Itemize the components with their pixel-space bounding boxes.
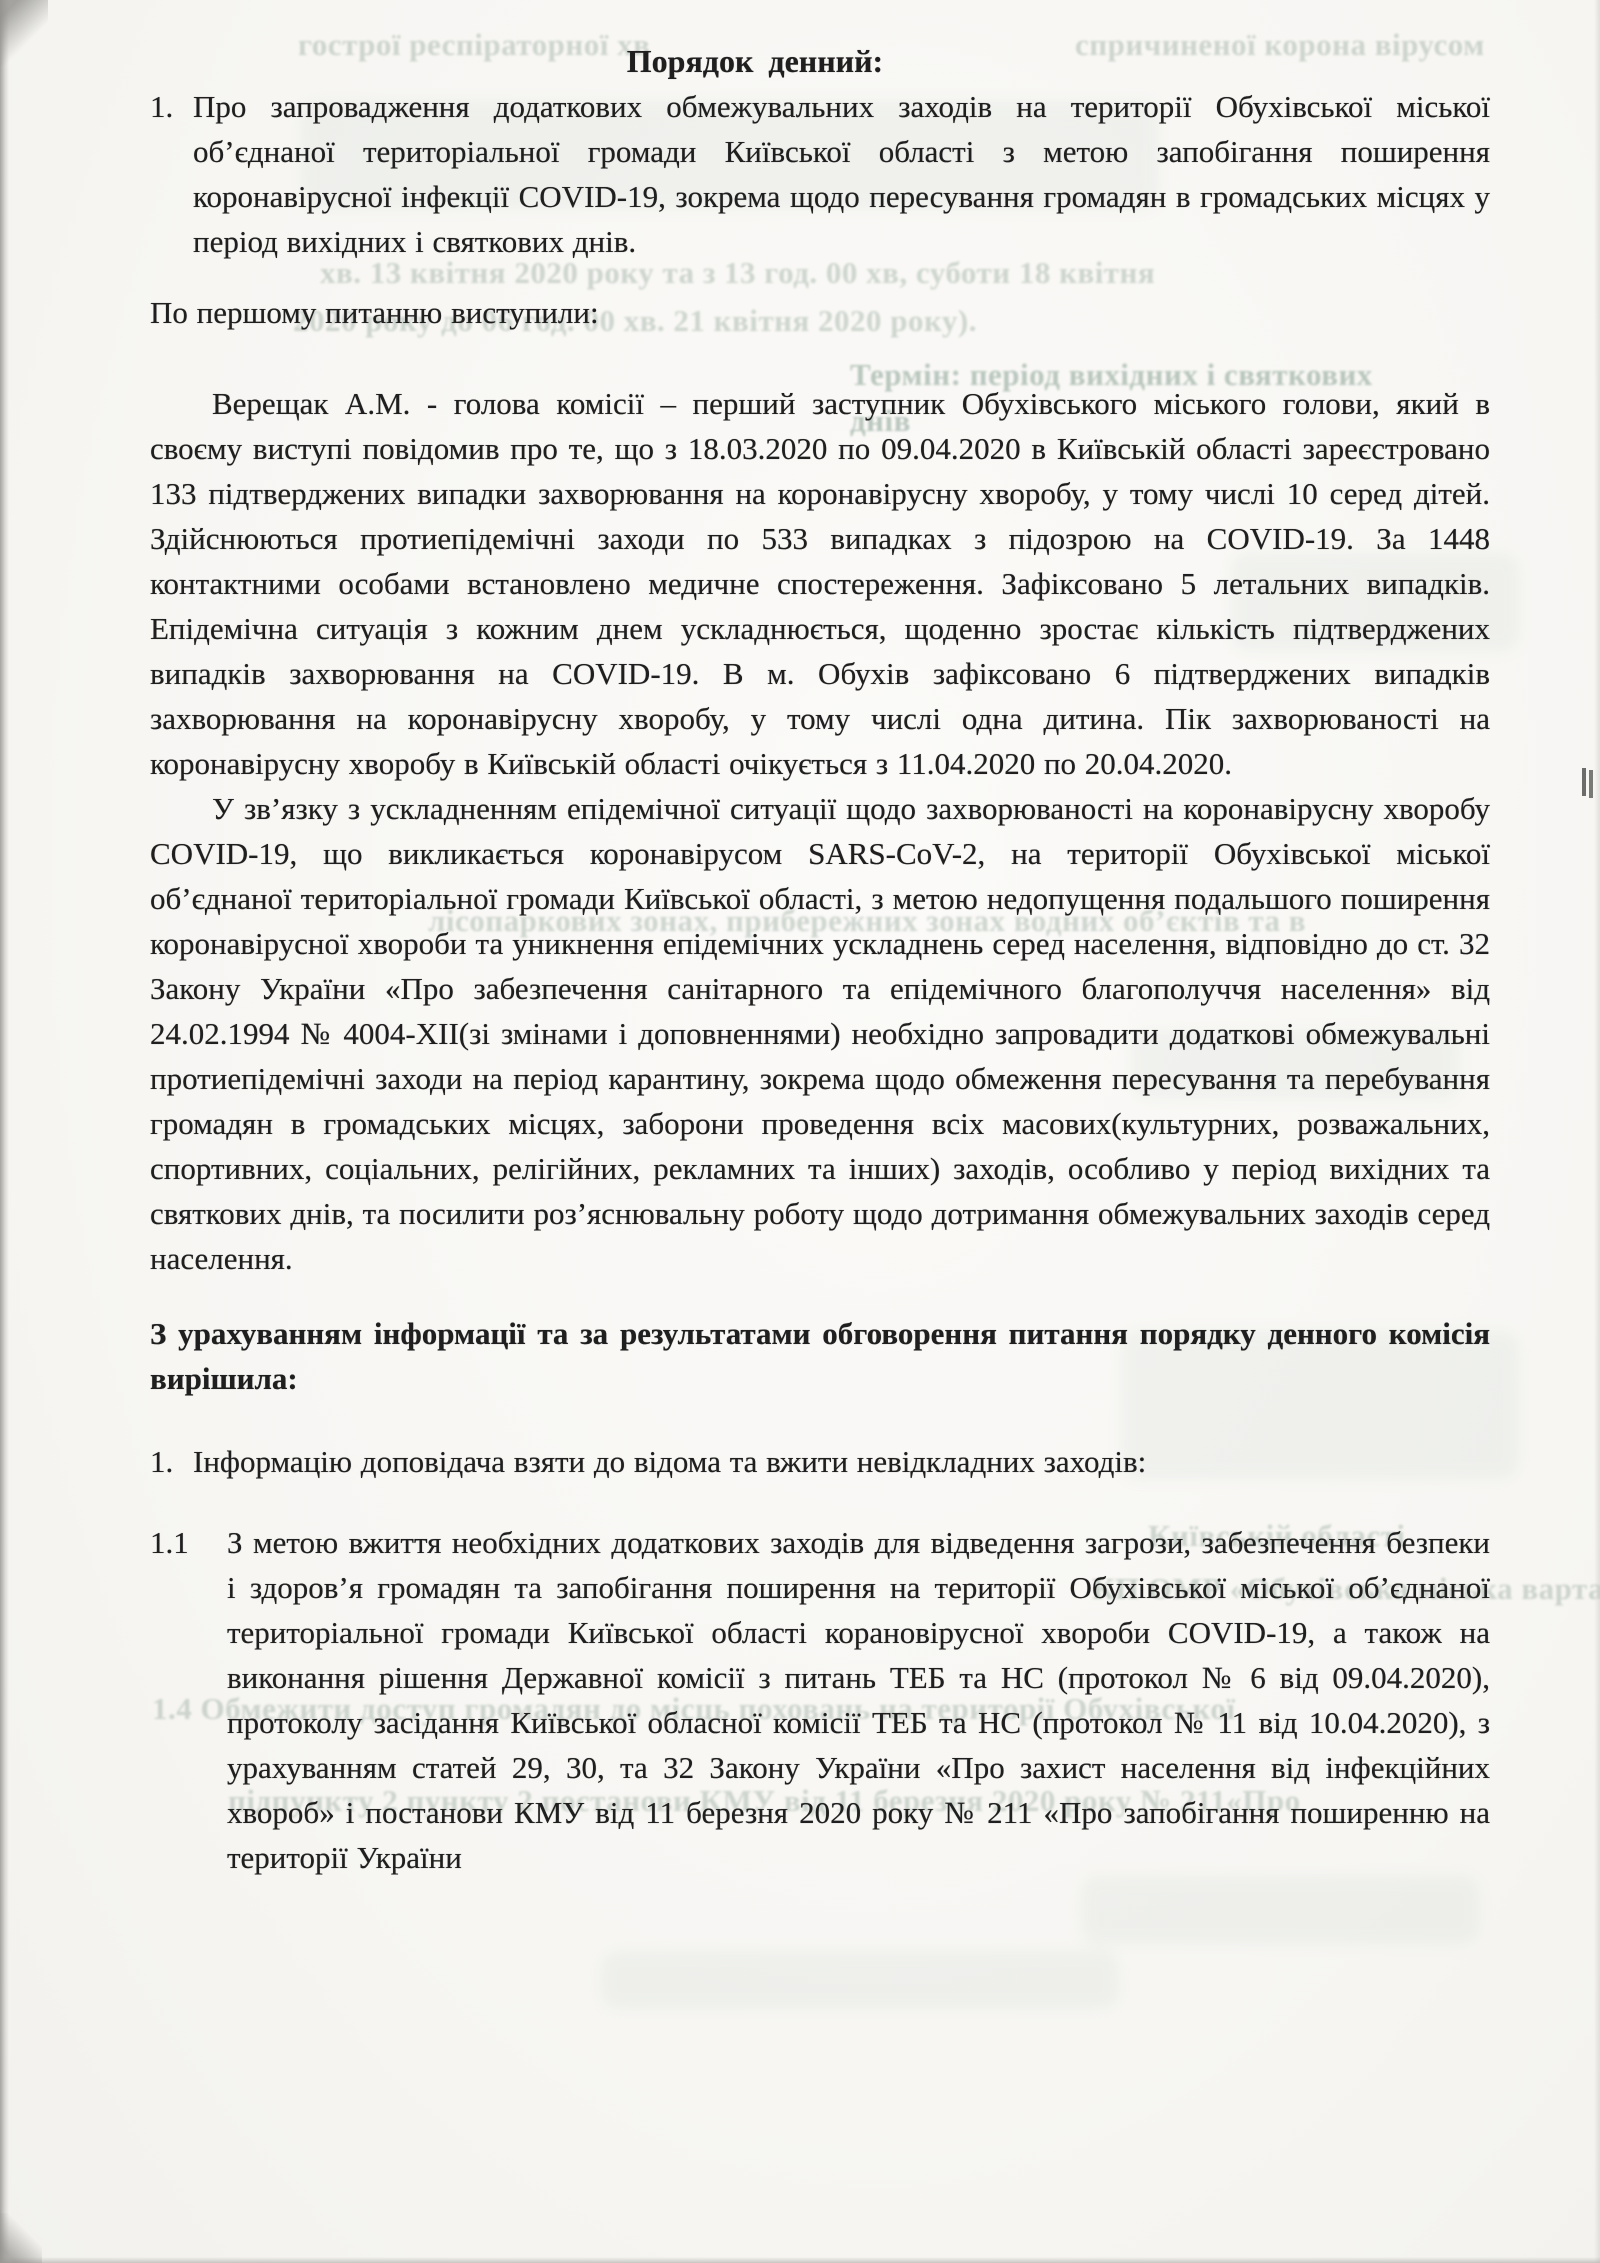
document-content: Порядок денний: 1.Про запровадження дода… bbox=[0, 0, 1600, 1880]
decision-item-1-1: 1.1З метою вжиття необхідних додаткових … bbox=[150, 1520, 1490, 1880]
bleed-through-smudge bbox=[600, 1950, 1120, 2010]
decision-item-1-text: Інформацію доповідача взяти до відома та… bbox=[193, 1444, 1146, 1479]
scan-edge-mark bbox=[1582, 768, 1586, 796]
agenda-item-1: 1.Про запровадження додаткових обмежувал… bbox=[150, 84, 1490, 264]
scan-edge-right bbox=[1594, 0, 1600, 2263]
document-page: гострої респіраторної хв спричиненої кор… bbox=[0, 0, 1600, 2263]
justification-paragraph: У зв’язку з ускладненням епідемічної сит… bbox=[150, 786, 1490, 1281]
scan-edge-left bbox=[0, 0, 9, 2263]
scan-edge-bottom bbox=[0, 2257, 1600, 2263]
speakers-intro: По першому питанню виступили: bbox=[150, 290, 1490, 335]
document-title: Порядок денний: bbox=[20, 38, 1490, 84]
agenda-item-1-text: Про запровадження додаткових обмежувальн… bbox=[193, 89, 1490, 259]
decision-item-1-1-text: З метою вжиття необхідних додаткових зах… bbox=[227, 1525, 1490, 1875]
agenda-item-1-number: 1. bbox=[150, 84, 193, 129]
decision-item-1: 1.Інформацію доповідача взяти до відома … bbox=[150, 1439, 1490, 1484]
decision-heading: З урахуванням інформації та за результат… bbox=[150, 1311, 1490, 1401]
decision-item-1-1-number: 1.1 bbox=[150, 1520, 227, 1565]
speech-paragraph: Верещак А.М. - голова комісії – перший з… bbox=[150, 381, 1490, 786]
bleed-through-smudge bbox=[1080, 1875, 1480, 1945]
decision-item-1-number: 1. bbox=[150, 1439, 193, 1484]
scan-corner-top-left bbox=[0, 0, 48, 66]
scan-corner-bottom-left bbox=[0, 2213, 42, 2263]
